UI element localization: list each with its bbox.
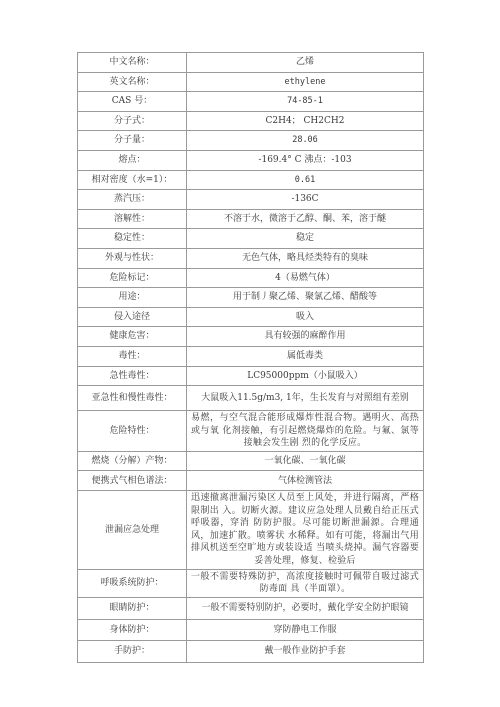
row-label-respiratory-protection: 呼吸系统防护： [78,569,187,597]
row-label-eye-protection: 眼睛防护： [78,597,187,619]
row-label-hazard-properties: 危险特性： [78,411,187,452]
table-row: 相对密度（水=1）： 0.61 [78,170,424,190]
row-label-vapor-pressure: 蒸汽压： [78,190,187,210]
row-label-hand-protection: 手防护： [78,640,187,662]
table-row: 分子量： 28.06 [78,131,424,151]
table-row: 用途： 用于制丿聚乙烯、聚氯乙烯、醋酸等 [78,288,424,308]
row-label-formula: 分子式： [78,111,187,131]
table-row: 熔点： -169.4° C 沸点：-103 [78,150,424,170]
table-row: 燃烧（分解）产物： 一氧化碳、一氧化碳 [78,451,424,471]
table-row: 外观与性状： 无色气体，略具烃类特有的臭味 [78,248,424,268]
row-label-hazard-mark: 危险标记： [78,268,187,288]
row-value-vapor-pressure: -136C [187,190,424,210]
row-label-relative-density: 相对密度（水=1）： [78,170,187,190]
row-label-cas: CAS 号： [78,92,187,112]
row-label-stability: 稳定性： [78,229,187,249]
table-row: 危险标记： 4（易燃气体） [78,268,424,288]
table-row: 分子式： C2H4； CH2CH2 [78,111,424,131]
table-row: 便携式气相色谱法： 气体检测管法 [78,471,424,491]
row-label-combustion-products: 燃烧（分解）产物： [78,451,187,471]
msds-table: 中文名称： 乙烯 英文名称： ethylene CAS 号： 74-85-1 分… [77,52,424,663]
row-value-hazard-mark: 4（易燃气体） [187,268,424,288]
row-value-solubility: 不溶于水，微溶于乙醇、酮、苯，溶于醚 [187,209,424,229]
row-value-acute-toxicity: LC95000ppm（小鼠吸入） [187,366,424,386]
table-row: 危险特性： 易燃，与空气混合能形成爆炸性混合物。遇明火、高热或与氧 化剂接触，有… [78,411,424,452]
row-value-formula: C2H4； CH2CH2 [187,111,424,131]
table-row: 眼睛防护： 一般不需要特别防护，必要时，戴化学安全防护眼镜 [78,597,424,619]
row-value-relative-density: 0.61 [187,170,424,190]
row-value-body-protection: 穿防静电工作服 [187,619,424,640]
row-label-appearance: 外观与性状： [78,248,187,268]
table-row: 中文名称： 乙烯 [78,53,424,73]
row-label-exposure-route: 侵入途径 [78,307,187,327]
row-value-english-name: ethylene [187,72,424,92]
table-row: 呼吸系统防护： 一般不需要特殊防护，高浓度接触时可佩带自吸过滤式防毒面 具（半面… [78,569,424,597]
row-value-eye-protection: 一般不需要特别防护，必要时，戴化学安全防护眼镜 [187,597,424,619]
table-row: 溶解性： 不溶于水，微溶于乙醇、酮、苯，溶于醚 [78,209,424,229]
row-label-melting-point: 熔点： [78,150,187,170]
table-row: 亚急性和慢性毒性： 大鼠吸入11.5g/m3, 1年，生长发育与对照组有差别 [78,386,424,411]
table-row: 泄漏应急处理 迅速撤离泄漏污染区人员至上风处，并进行隔离，严格限制出 入。切断火… [78,491,424,570]
row-label-body-protection: 身体防护： [78,619,187,640]
row-label-chronic-toxicity: 亚急性和慢性毒性： [78,386,187,411]
table-row: 蒸汽压： -136C [78,190,424,210]
row-value-combustion-products: 一氧化碳、一氧化碳 [187,451,424,471]
row-value-chronic-toxicity: 大鼠吸入11.5g/m3, 1年，生长发育与对照组有差别 [187,386,424,411]
row-label-toxicity: 毒性： [78,346,187,366]
row-value-cas: 74-85-1 [187,92,424,112]
row-label-leak-handling: 泄漏应急处理 [78,491,187,570]
table-row: 身体防护： 穿防静电工作服 [78,619,424,640]
row-label-health-hazard: 健康危害： [78,327,187,347]
row-value-hand-protection: 戴一般作业防护手套 [187,640,424,662]
row-value-hazard-properties: 易燃，与空气混合能形成爆炸性混合物。遇明火、高热或与氧 化剂接触，有引起燃烧爆炸… [187,411,424,452]
row-value-appearance: 无色气体，略具烃类特有的臭味 [187,248,424,268]
row-value-molecular-weight: 28.06 [187,131,424,151]
row-value-leak-handling: 迅速撤离泄漏污染区人员至上风处，并进行隔离，严格限制出 入。切断火源。建议应急处… [187,491,424,570]
row-value-toxicity: 属低毒类 [187,346,424,366]
row-value-melting-point: -169.4° C 沸点：-103 [187,150,424,170]
table-row: 英文名称： ethylene [78,72,424,92]
table-row: 健康危害： 具有较强的麻醉作用 [78,327,424,347]
row-value-respiratory-protection: 一般不需要特殊防护，高浓度接触时可佩带自吸过滤式防毒面 具（半面罩）。 [187,569,424,597]
table-row: 急性毒性： LC95000ppm（小鼠吸入） [78,366,424,386]
row-value-chinese-name: 乙烯 [187,53,424,73]
row-label-use: 用途： [78,288,187,308]
row-label-chinese-name: 中文名称： [78,53,187,73]
row-label-molecular-weight: 分子量： [78,131,187,151]
row-label-solubility: 溶解性： [78,209,187,229]
row-value-exposure-route: 吸入 [187,307,424,327]
row-label-english-name: 英文名称： [78,72,187,92]
row-value-health-hazard: 具有较强的麻醉作用 [187,327,424,347]
row-value-detection-method: 气体检测管法 [187,471,424,491]
row-value-use: 用于制丿聚乙烯、聚氯乙烯、醋酸等 [187,288,424,308]
table-row: 手防护： 戴一般作业防护手套 [78,640,424,662]
document-page: 中文名称： 乙烯 英文名称： ethylene CAS 号： 74-85-1 分… [0,0,500,707]
table-row: 稳定性： 稳定 [78,229,424,249]
table-row: 侵入途径 吸入 [78,307,424,327]
row-value-stability: 稳定 [187,229,424,249]
row-label-detection-method: 便携式气相色谱法： [78,471,187,491]
table-row: CAS 号： 74-85-1 [78,92,424,112]
row-label-acute-toxicity: 急性毒性： [78,366,187,386]
table-row: 毒性： 属低毒类 [78,346,424,366]
